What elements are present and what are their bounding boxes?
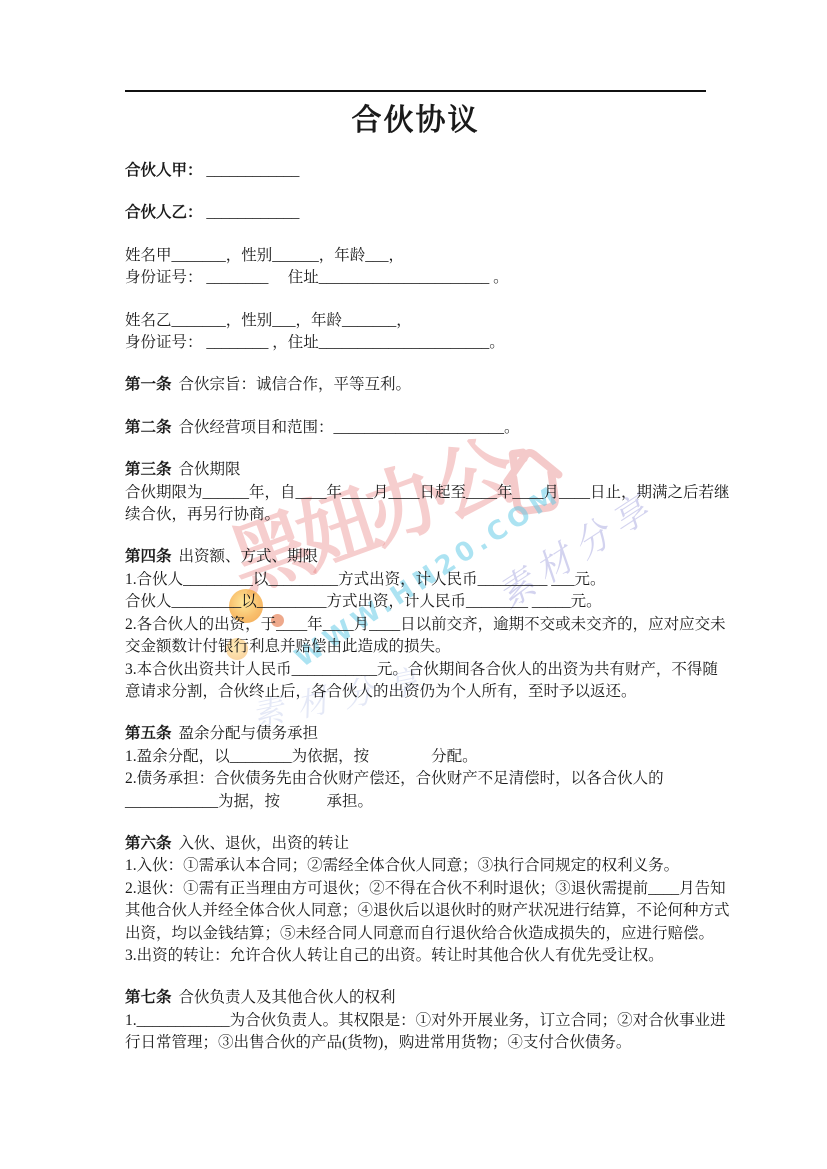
doc-line: 姓名甲_______，性别______，年龄___， bbox=[125, 245, 706, 267]
party-a-label: 合伙人甲： bbox=[125, 162, 203, 179]
doc-line: 姓名乙_______，性别___，年龄_______， bbox=[125, 310, 706, 332]
article-number: 第一条 bbox=[125, 376, 172, 393]
doc-line: 2.债务承担：合伙债务先由合伙财产偿还，合伙财产不足清偿时，以各合伙人的 bbox=[125, 768, 706, 790]
document-title: 合伙协议 bbox=[125, 102, 706, 140]
article-5: 第五条盈余分配与债务承担 1.盈余分配，以________为依据，按 分配。 2… bbox=[125, 723, 706, 813]
doc-line: 交金额数计付银行利息并赔偿由此造成的损失。 bbox=[125, 636, 706, 658]
party-a-line: 合伙人甲： ____________ bbox=[125, 160, 706, 182]
article-number: 第二条 bbox=[125, 419, 172, 436]
article-6: 第六条入伙、退伙，出资的转让 1.入伙：①需承认本合同；②需经全体合伙人同意；③… bbox=[125, 833, 706, 967]
header-rule bbox=[125, 90, 706, 92]
info-a-block: 姓名甲_______，性别______，年龄___， 身份证号： _______… bbox=[125, 245, 706, 290]
article-heading: 第五条盈余分配与债务承担 bbox=[125, 723, 706, 745]
article-number: 第七条 bbox=[125, 989, 172, 1006]
doc-line: 续合伙，再另行协商。 bbox=[125, 504, 706, 526]
article-heading: 第一条合伙宗旨：诚信合作，平等互利。 bbox=[125, 374, 706, 396]
info-b-block: 姓名乙_______，性别___，年龄_______， 身份证号： ______… bbox=[125, 310, 706, 355]
doc-line: 合伙期限为______年，自____年____月____日起至____年____… bbox=[125, 482, 706, 504]
doc-line: 1.____________为合伙负责人。其权限是：①对外开展业务，订立合同；②… bbox=[125, 1010, 706, 1032]
doc-line: 3.出资的转让：允许合伙人转让自己的出资。转让时其他合伙人有优先受让权。 bbox=[125, 945, 706, 967]
article-7: 第七条合伙负责人及其他合伙人的权利 1.____________为合伙负责人。其… bbox=[125, 987, 706, 1054]
article-heading: 第七条合伙负责人及其他合伙人的权利 bbox=[125, 987, 706, 1009]
doc-line: 意请求分割，合伙终止后，各合伙人的出资仍为个人所有，至时予以返还。 bbox=[125, 681, 706, 703]
article-heading: 第二条合伙经营项目和范围：______________________。 bbox=[125, 417, 706, 439]
article-heading: 第三条合伙期限 bbox=[125, 459, 706, 481]
article-title: 合伙负责人及其他合伙人的权利 bbox=[179, 989, 396, 1006]
article-title: 盈余分配与债务承担 bbox=[179, 725, 319, 742]
article-4: 第四条出资额、方式、期限 1.合伙人_________以_________方式出… bbox=[125, 546, 706, 703]
article-number: 第四条 bbox=[125, 548, 172, 565]
party-a-blank: ____________ bbox=[203, 162, 300, 179]
doc-line: 2.各合伙人的出资，于____年____月____日以前交齐，逾期不交或未交齐的… bbox=[125, 614, 706, 636]
doc-line: 3.本合伙出资共计人民币___________元。合伙期间各合伙人的出资为共有财… bbox=[125, 659, 706, 681]
article-heading: 第四条出资额、方式、期限 bbox=[125, 546, 706, 568]
article-title: 合伙期限 bbox=[179, 461, 241, 478]
article-number: 第五条 bbox=[125, 725, 172, 742]
party-b-line: 合伙人乙： ____________ bbox=[125, 202, 706, 224]
doc-line: 出资，均以金钱结算；⑤未经合同人同意而自行退伙给合伙造成损失的，应进行赔偿。 bbox=[125, 923, 706, 945]
party-a-block: 合伙人甲： ____________ bbox=[125, 160, 706, 182]
party-b-label: 合伙人乙： bbox=[125, 204, 203, 221]
doc-line: 1.合伙人_________以_________方式出资，计人民币_______… bbox=[125, 569, 706, 591]
document-content: 合伙协议 合伙人甲： ____________ 合伙人乙： __________… bbox=[125, 0, 706, 1055]
party-b-block: 合伙人乙： ____________ bbox=[125, 202, 706, 224]
article-number: 第六条 bbox=[125, 835, 172, 852]
article-title: 出资额、方式、期限 bbox=[179, 548, 319, 565]
article-2: 第二条合伙经营项目和范围：______________________。 bbox=[125, 417, 706, 439]
doc-line: 行日常管理；③出售合伙的产品(货物)，购进常用货物；④支付合伙债务。 bbox=[125, 1032, 706, 1054]
doc-line: 合伙人_________以_________方式出资，计人民币________ … bbox=[125, 591, 706, 613]
document-page: 黑妞办公 WWW.HN20.COM 素材分享 素材分享 合伙协议 合伙人甲： _… bbox=[0, 0, 827, 1169]
article-text: 合伙宗旨：诚信合作，平等互利。 bbox=[179, 376, 412, 393]
article-3: 第三条合伙期限 合伙期限为______年，自____年____月____日起至_… bbox=[125, 459, 706, 526]
article-title: 入伙、退伙，出资的转让 bbox=[179, 835, 350, 852]
article-1: 第一条合伙宗旨：诚信合作，平等互利。 bbox=[125, 374, 706, 396]
party-b-blank: ____________ bbox=[203, 204, 300, 221]
doc-line: 身份证号： ________ ，住址______________________… bbox=[125, 332, 706, 354]
doc-line: 2.退伙：①需有正当理由方可退伙；②不得在合伙不利时退伙；③退伙需提前____月… bbox=[125, 878, 706, 900]
doc-line: 身份证号： ________ 住址______________________ … bbox=[125, 267, 706, 289]
article-number: 第三条 bbox=[125, 461, 172, 478]
doc-line: 1.盈余分配，以________为依据，按 分配。 bbox=[125, 746, 706, 768]
article-text: 合伙经营项目和范围：______________________。 bbox=[179, 419, 520, 436]
article-heading: 第六条入伙、退伙，出资的转让 bbox=[125, 833, 706, 855]
doc-line: 其他合伙人并经全体合伙人同意；④退伙后以退伙时的财产状况进行结算，不论何种方式 bbox=[125, 900, 706, 922]
doc-line: ____________为据，按 承担。 bbox=[125, 791, 706, 813]
doc-line: 1.入伙：①需承认本合同；②需经全体合伙人同意；③执行合同规定的权利义务。 bbox=[125, 855, 706, 877]
